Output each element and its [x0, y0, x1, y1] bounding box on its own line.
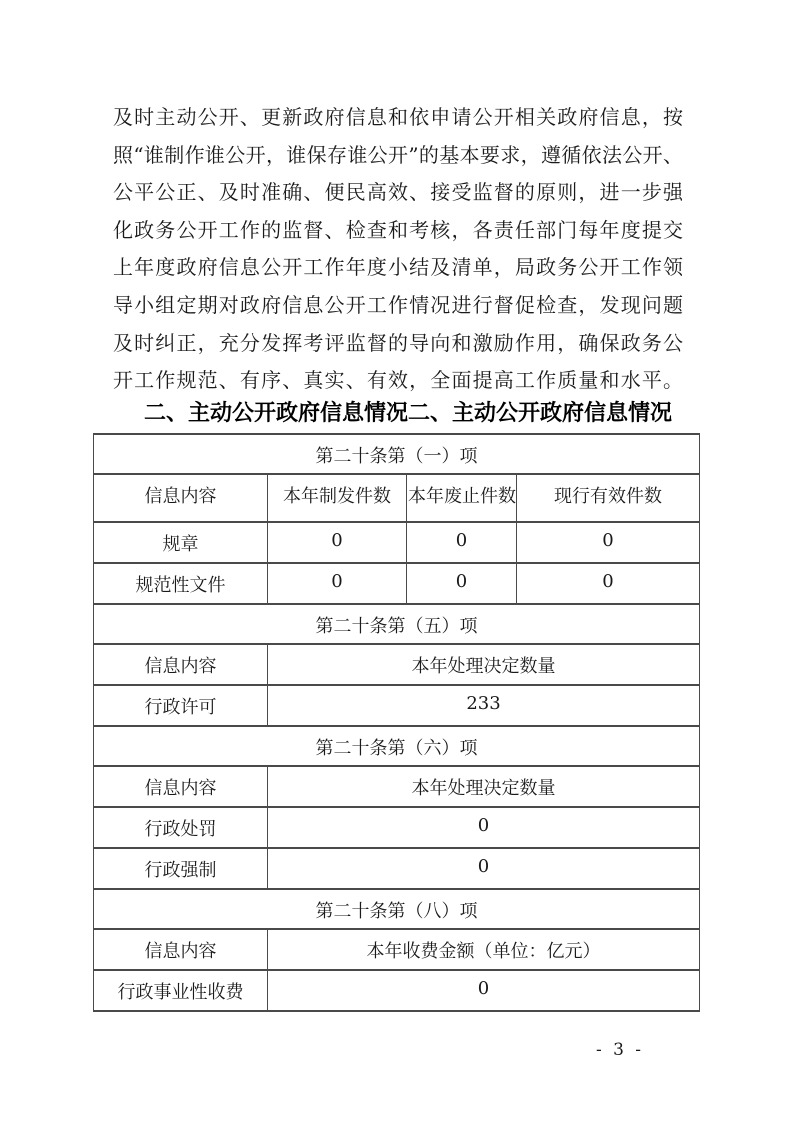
table-section-title-row: 第二十条第（一）项 — [94, 434, 700, 474]
table-header-cell: 现行有效件数 — [517, 474, 700, 522]
table-section-title: 第二十条第（八）项 — [94, 889, 700, 929]
paragraph-line: 上年度政府信息公开工作年度小结及清单，局政务公开工作领 — [113, 249, 683, 287]
table-header-row: 信息内容 本年处理决定数量 — [94, 644, 700, 685]
section-heading: 二、主动公开政府信息情况二、主动公开政府信息情况 — [113, 399, 713, 429]
table-header-row: 信息内容 本年处理决定数量 — [94, 766, 700, 807]
paragraph-line: 公平公正、及时准确、便民高效、接受监督的原则，进一步强 — [113, 174, 683, 212]
table-cell: 0 — [517, 522, 700, 563]
table-row: 行政许可 233 — [94, 685, 700, 726]
table-header-cell: 信息内容 — [94, 766, 268, 807]
table-header-row: 信息内容 本年收费金额（单位：亿元） — [94, 929, 700, 970]
table-header-cell: 本年废止件数 — [407, 474, 517, 522]
table-cell: 0 — [268, 563, 407, 604]
paragraph-line: 及时纠正，充分发挥考评监督的导向和激励作用，确保政务公 — [113, 325, 683, 363]
table-cell: 行政强制 — [94, 848, 268, 889]
table-row: 行政事业性收费 0 — [94, 970, 700, 1011]
table-cell: 规章 — [94, 522, 268, 563]
table-header-cell: 本年处理决定数量 — [268, 644, 700, 685]
table-cell: 行政许可 — [94, 685, 268, 726]
table-row: 行政处罚 0 — [94, 807, 700, 848]
table-header-cell: 本年收费金额（单位：亿元） — [268, 929, 700, 970]
table-cell: 行政处罚 — [94, 807, 268, 848]
table-header-cell: 信息内容 — [94, 644, 268, 685]
document-page: 及时主动公开、更新政府信息和依申请公开相关政府信息，按 照“谁制作谁公开，谁保存… — [0, 0, 793, 1122]
table-header-row: 信息内容 本年制发件数 本年废止件数 现行有效件数 — [94, 474, 700, 522]
paragraph-line: 化政务公开工作的监督、检查和考核，各责任部门每年度提交 — [113, 212, 683, 250]
page-number: - 3 - — [560, 1040, 680, 1060]
paragraph-line: 开工作规范、有序、真实、有效，全面提高工作质量和水平。 — [113, 362, 683, 400]
table-header-cell: 信息内容 — [94, 929, 268, 970]
table-row: 行政强制 0 — [94, 848, 700, 889]
table-cell: 规范性文件 — [94, 563, 268, 604]
table-section-title: 第二十条第（一）项 — [94, 434, 700, 474]
table-section-title-row: 第二十条第（五）项 — [94, 604, 700, 644]
paragraph-line: 导小组定期对政府信息公开工作情况进行督促检查，发现问题 — [113, 287, 683, 325]
table-cell: 0 — [517, 563, 700, 604]
table-section-title: 第二十条第（五）项 — [94, 604, 700, 644]
table-cell: 0 — [268, 848, 700, 889]
table-section-title: 第二十条第（六）项 — [94, 726, 700, 766]
table-cell: 0 — [268, 970, 700, 1011]
table-cell: 0 — [268, 522, 407, 563]
table-header-cell: 本年制发件数 — [268, 474, 407, 522]
table-cell: 0 — [407, 563, 517, 604]
table-cell: 233 — [268, 685, 700, 726]
table-cell: 0 — [268, 807, 700, 848]
body-paragraph: 及时主动公开、更新政府信息和依申请公开相关政府信息，按 照“谁制作谁公开，谁保存… — [113, 99, 683, 400]
table-header-cell: 信息内容 — [94, 474, 268, 522]
paragraph-line: 及时主动公开、更新政府信息和依申请公开相关政府信息，按 — [113, 99, 683, 137]
table-row: 规章 0 0 0 — [94, 522, 700, 563]
paragraph-line: 照“谁制作谁公开，谁保存谁公开”的基本要求，遵循依法公开、 — [113, 137, 683, 175]
table-cell: 行政事业性收费 — [94, 970, 268, 1011]
table-cell: 0 — [407, 522, 517, 563]
table-header-cell: 本年处理决定数量 — [268, 766, 700, 807]
table-section-title-row: 第二十条第（六）项 — [94, 726, 700, 766]
table-section-title-row: 第二十条第（八）项 — [94, 889, 700, 929]
statistics-table: 第二十条第（一）项 信息内容 本年制发件数 本年废止件数 现行有效件数 规章 0… — [93, 433, 700, 1012]
table-row: 规范性文件 0 0 0 — [94, 563, 700, 604]
